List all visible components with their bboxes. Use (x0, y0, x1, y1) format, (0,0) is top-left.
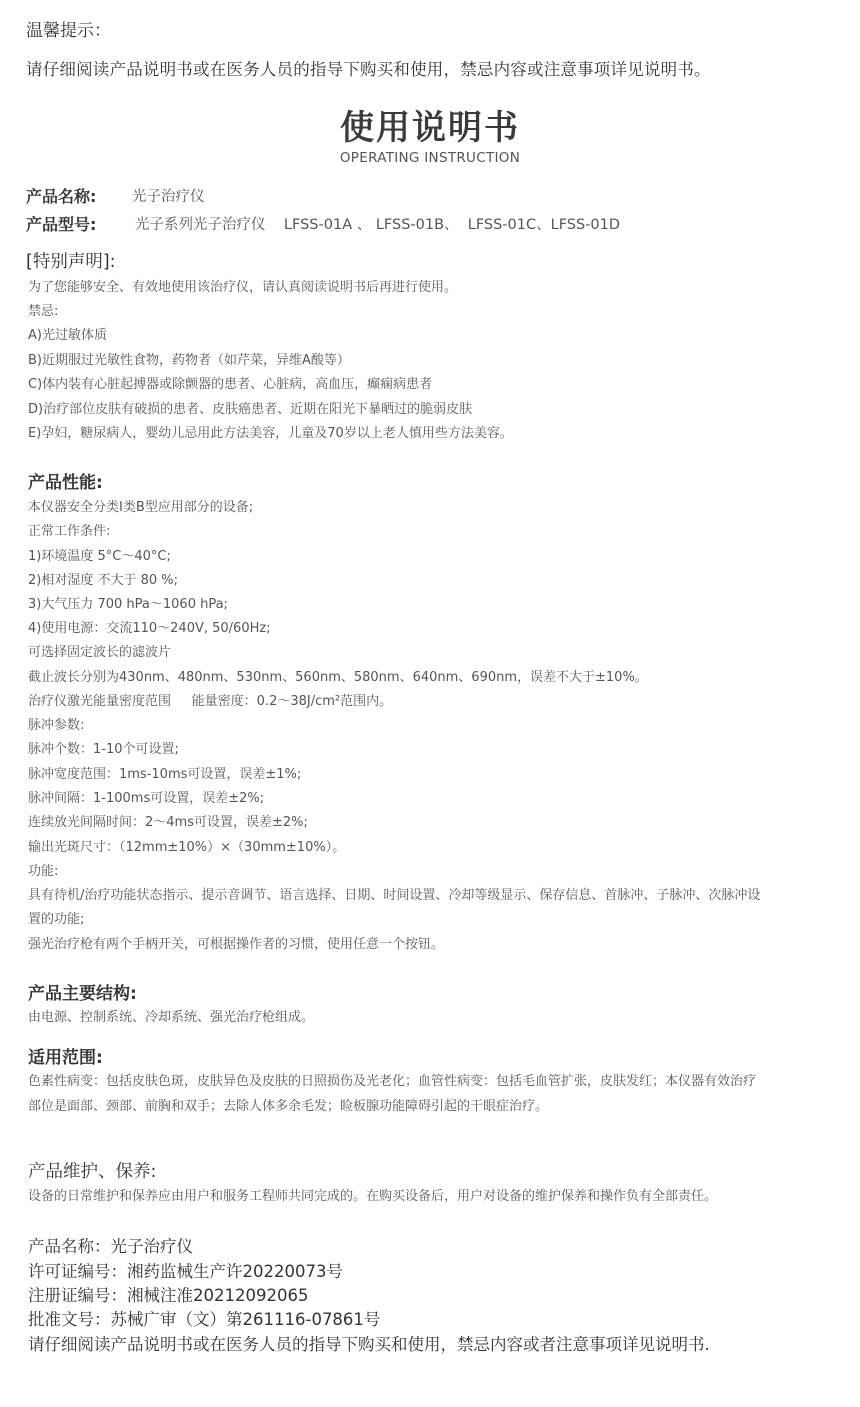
notice-body: 请仔细阅读产品说明书或在医务人员的指导下购买和使用，禁忌内容或注意事项详见说明书… (26, 56, 711, 80)
footer-registration-number: 注册证编号：湘械注准20212092065 (28, 1282, 308, 1306)
special-statement-line: D)治疗部位皮肤有破损的患者、皮肤癌患者、近期在阳光下暴晒过的脆弱皮肤 (28, 398, 472, 417)
special-statement-line: A)光过敏体质 (28, 324, 107, 343)
product-model-label: 产品型号: (26, 212, 96, 235)
performance-line: 治疗仪激光能量密度范围 能量密度：0.2～38J/cm²范围内。 (28, 690, 392, 709)
performance-line: 脉冲宽度范围：1ms-10ms可设置，误差±1%; (28, 763, 301, 782)
structure-heading: 产品主要结构: (28, 979, 137, 1004)
footer-product-name: 产品名称：光子治疗仪 (28, 1233, 193, 1257)
maintenance-heading: 产品维护、保养: (28, 1158, 156, 1183)
scope-line: 部位是面部、颈部、前胸和双手；去除人体多余毛发；睑板腺功能障碍引起的干眼症治疗。 (28, 1095, 548, 1114)
performance-line: 正常工作条件: (28, 520, 110, 539)
performance-line: 连续放光间隔时间：2～4ms可设置，误差±2%; (28, 811, 308, 830)
special-statement-line: 为了您能够安全、有效地使用该治疗仪，请认真阅读说明书后再进行使用。 (28, 276, 457, 295)
performance-line: 4)使用电源：交流110～240V, 50/60Hz; (28, 617, 271, 636)
product-name-label: 产品名称: (26, 184, 96, 207)
scope-heading: 适用范围: (28, 1043, 103, 1068)
footer-license-number: 许可证编号：湘药监械生产许20220073号 (28, 1258, 343, 1282)
performance-line: 截止波长分别为430nm、480nm、530nm、560nm、580nm、640… (28, 666, 648, 685)
performance-line: 脉冲参数: (28, 714, 84, 733)
performance-line: 可选择固定波长的滤波片 (28, 641, 171, 660)
maintenance-line: 设备的日常维护和保养应由用户和服务工程师共同完成的。在购买设备后，用户对设备的维… (28, 1185, 717, 1204)
performance-line: 输出光斑尺寸：（12mm±10%）×（30mm±10%）。 (28, 836, 345, 855)
performance-line: 脉冲间隔：1-100ms可设置，误差±2%; (28, 787, 264, 806)
performance-line: 强光治疗枪有两个手柄开关，可根据操作者的习惯，使用任意一个按钮。 (28, 933, 444, 952)
footer-notice: 请仔细阅读产品说明书或在医务人员的指导下购买和使用，禁忌内容或者注意事项详见说明… (28, 1331, 710, 1355)
notice-title: 温馨提示： (26, 16, 111, 41)
performance-line: 置的功能; (28, 908, 84, 927)
performance-line: 具有待机/治疗功能状态指示、提示音调节、语言选择、日期、时间设置、冷却等级显示、… (28, 884, 760, 903)
special-statement-heading: [特别声明]: (26, 248, 116, 273)
special-statement-line: 禁忌: (28, 300, 58, 319)
special-statement-line: E)孕妇，糖尿病人，婴幼儿忌用此方法美容，儿童及70岁以上老人慎用些方法美容。 (28, 422, 513, 441)
performance-heading: 产品性能: (28, 468, 103, 493)
performance-line: 脉冲个数：1-10个可设置; (28, 738, 179, 757)
structure-line: 由电源、控制系统、冷却系统、强光治疗枪组成。 (28, 1006, 314, 1025)
performance-line: 本仪器安全分类I类B型应用部分的设备; (28, 496, 253, 515)
performance-line: 3)大气压力 700 hPa～1060 hPa; (28, 593, 228, 612)
scope-line: 色素性病变：包括皮肤色斑，皮肤异色及皮肤的日照损伤及光老化；血管性病变：包括毛血… (28, 1070, 756, 1089)
product-model-value: 光子系列光子治疗仪 LFSS-01A 、 LFSS-01B、 LFSS-01C、… (135, 213, 620, 234)
page-subtitle: OPERATING INSTRUCTION (0, 150, 860, 166)
performance-line: 功能: (28, 860, 58, 879)
performance-line: 1)环境温度 5°C～40°C; (28, 545, 171, 564)
product-name-value: 光子治疗仪 (132, 185, 205, 206)
special-statement-line: C)体内装有心脏起搏器或除颤器的患者、心脏病，高血压，癫痫病患者 (28, 373, 432, 392)
footer-approval-number: 批准文号：苏械广审（文）第261116-07861号 (28, 1306, 380, 1330)
page-title: 使用说明书 (0, 100, 860, 149)
special-statement-line: B)近期服过光敏性食物，药物者（如芹菜，异维A酸等） (28, 349, 350, 368)
performance-line: 2)相对湿度 不大于 80 %; (28, 569, 178, 588)
